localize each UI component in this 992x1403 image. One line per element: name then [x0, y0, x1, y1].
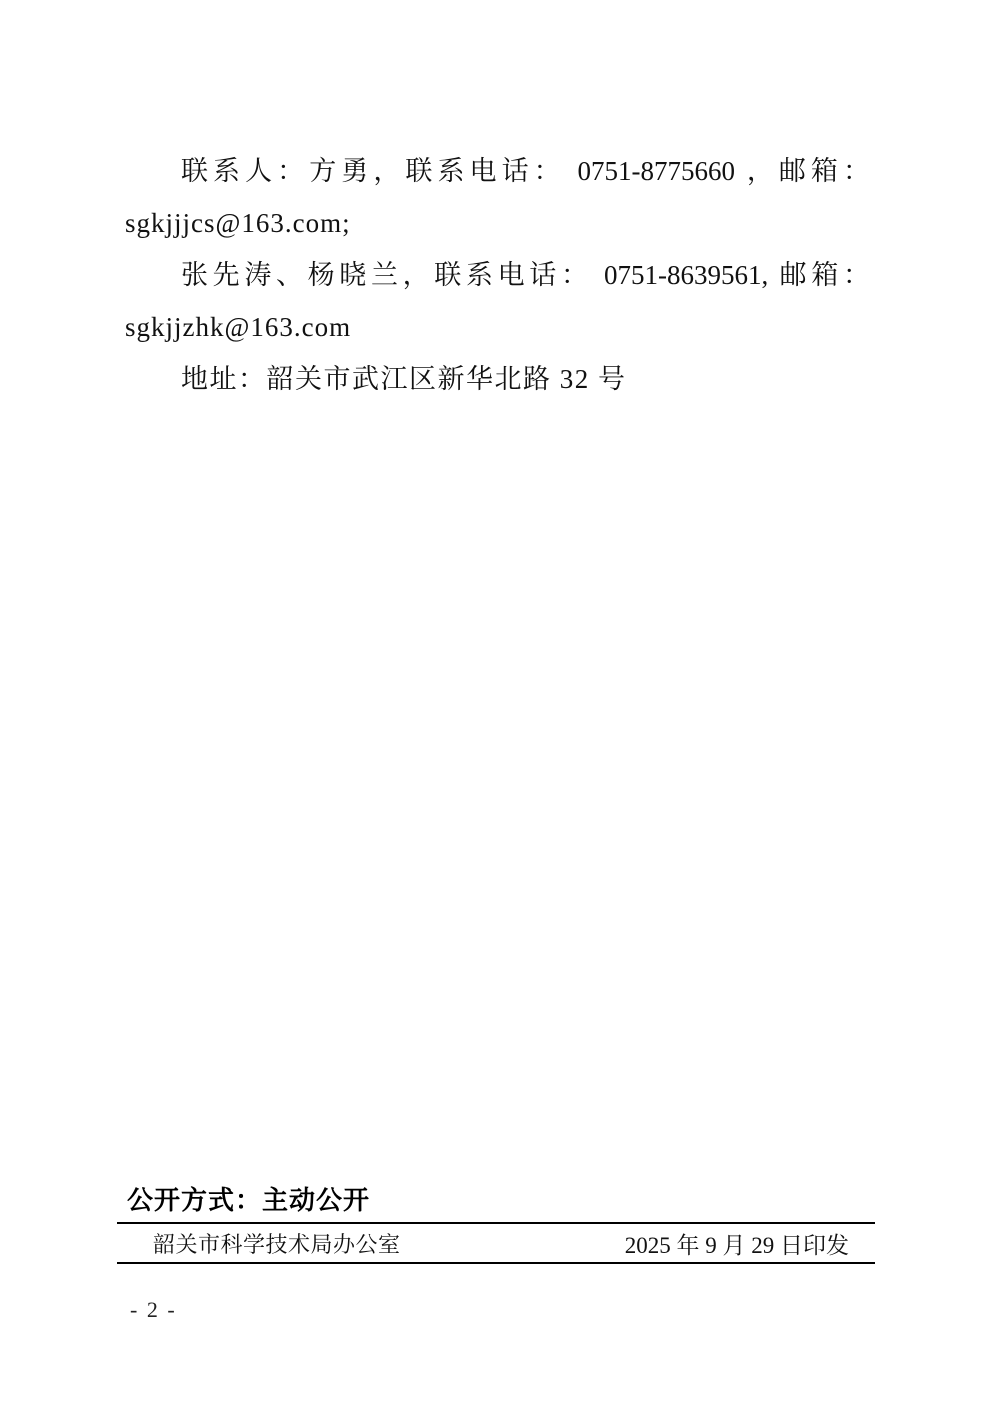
disclosure-method-label: 公开方式：主动公开: [127, 1180, 370, 1217]
page-number: - 2 -: [130, 1297, 177, 1323]
address-line: 地址：韶关市武江区新华北路 32 号: [125, 353, 870, 405]
contact1-line: 联系人：方勇，联系电话： 0751-8775660 ，邮箱：: [125, 145, 870, 197]
contact2-line: 张先涛、杨晓兰，联系电话： 0751-8639561, 邮箱：: [125, 249, 870, 301]
footer-divider-top: [117, 1222, 875, 1224]
contact1-email: sgkjjjcs@163.com;: [125, 197, 870, 249]
document-page: 联系人：方勇，联系电话： 0751-8775660 ，邮箱： sgkjjjcs@…: [0, 0, 992, 1403]
issuing-office-label: 韶关市科学技术局办公室: [117, 1228, 401, 1259]
print-date-label: 2025 年 9 月 29 日印发: [625, 1227, 875, 1260]
contact-info-block: 联系人：方勇，联系电话： 0751-8775660 ，邮箱： sgkjjjcs@…: [125, 145, 870, 405]
contact2-email: sgkjjzhk@163.com: [125, 301, 870, 353]
footer-divider-bottom: [117, 1262, 875, 1264]
footer-imprint-row: 韶关市科学技术局办公室 2025 年 9 月 29 日印发: [117, 1226, 875, 1260]
